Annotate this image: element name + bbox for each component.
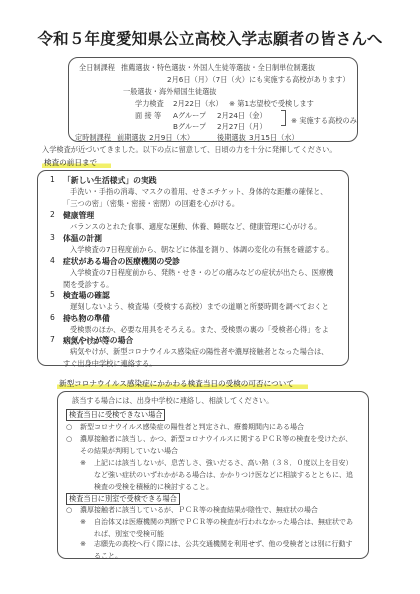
page-title: 令和５年度愛知県公立高校入学志願者の皆さんへ — [0, 27, 420, 49]
schedule-box: 全日制課程 推薦選抜・特色選抜・外国人生徒等選抜・全日制単位制選抜 2月6日（月… — [68, 57, 358, 142]
teiji-label: 定時制課程 — [75, 133, 111, 143]
zennichi-date: 2月6日（月）（7日（火）にも実施する高校があります） — [167, 75, 350, 85]
mensetsu-label: 面 接 等 — [135, 111, 161, 121]
covid-lead: 該当する場合には、出身中学校に連絡し、相談してください。 — [72, 395, 273, 407]
kouki-date: 3月15日（水） — [249, 133, 299, 143]
kouki-label: 後期選抜 — [217, 133, 246, 143]
group-a-date: 2月24日（金） — [217, 111, 267, 121]
zenki-label: 前期選抜 — [117, 133, 146, 143]
ippan-label: 一般選抜・海外帰国生徒選抜 — [123, 87, 216, 97]
cannot-note: ※ 上記には該当しないが、息苦しさ、強いだるさ、高い熱（３８．０度以上を目安）な… — [58, 457, 368, 493]
can-note: ※ 志願先の高校へ行く際には、公共交通機関を利用せず、他の受検者とは別に行動する… — [58, 538, 368, 562]
can-note: ※ 自治体又は医療機関の判断でＰＣＲ等の検査が行われなかった場合は、無症状であれ… — [58, 516, 368, 540]
label-cannot-take-exam: 検査当日に受検できない場合 — [66, 409, 165, 421]
section-heading-before-exam: 検査の前日まで — [42, 157, 111, 169]
group-a: Aグループ — [173, 111, 206, 121]
zennichi-label: 全日制課程 — [79, 63, 115, 73]
intro-text: 入学検査が近づいてきました。以下の点に留意して、日頃の力を十分に発揮してください… — [42, 145, 337, 155]
gakuryoku-date: 2月22日（水） — [173, 99, 223, 109]
covid-box: 該当する場合には、出身中学校に連絡し、相談してください。 検査当日に受検できない… — [57, 391, 369, 559]
gakuryoku-label: 学力検査 — [135, 99, 164, 109]
cannot-bullet: ○ 濃厚接触者に該当し、かつ、新型コロナウイルスに関するＰＣＲ等の検査を受けたが… — [58, 433, 368, 457]
group-b: Bグループ — [173, 122, 206, 132]
section-heading-covid: 新型コロナウイルス感染症にかかわる検査当日の受検の可否について — [57, 378, 308, 390]
mensetsu-note: ※ 実施する高校のみ — [291, 116, 357, 126]
zenki-date: 2月9日（木） — [149, 133, 194, 143]
group-b-date: 2月27日（月） — [217, 122, 267, 132]
bracket-divider — [281, 110, 286, 126]
gakuryoku-note: ※ 第1志望校で受検します — [229, 99, 314, 109]
zennichi-types: 推薦選抜・特色選抜・外国人生徒等選抜・全日制単位制選抜 — [121, 63, 315, 73]
before-exam-box: 1 「新しい生活様式」の実践 手洗い・手指の消毒、マスクの着用、せきエチケット、… — [37, 170, 349, 366]
